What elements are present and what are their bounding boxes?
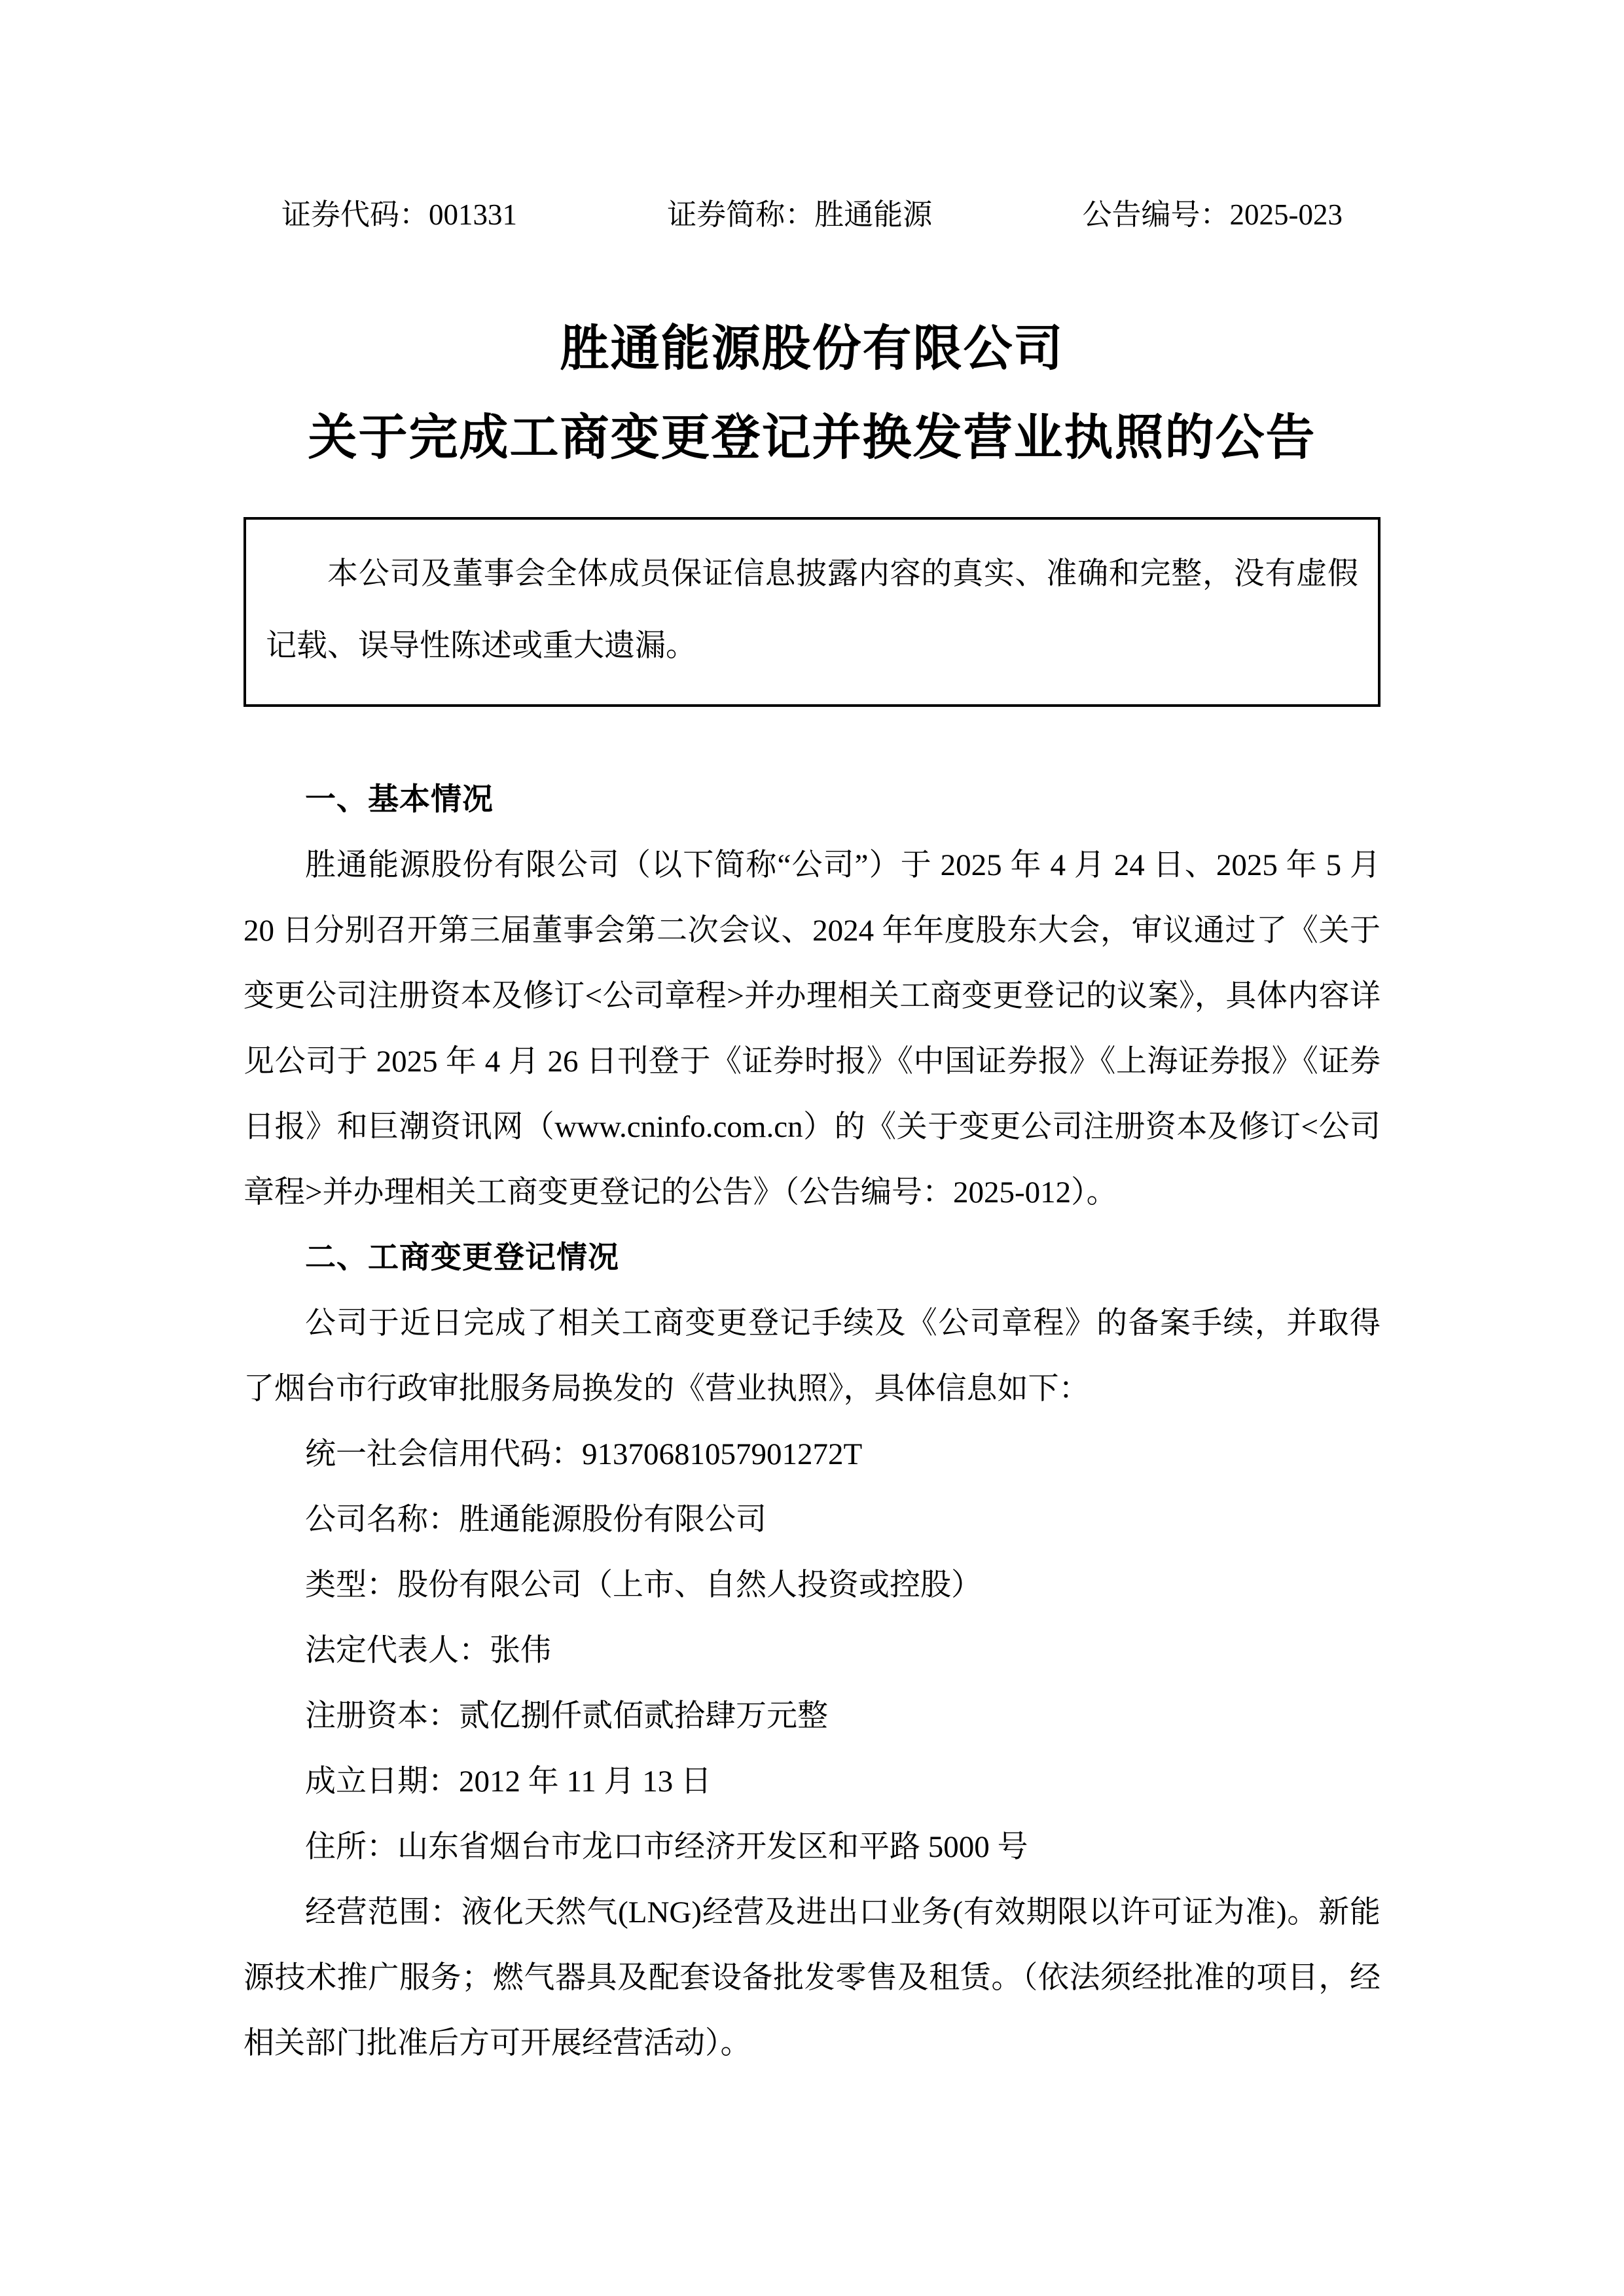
- detail-unified-credit-code: 统一社会信用代码：91370681057901272T: [244, 1422, 1380, 1487]
- detail-establishment-date: 成立日期：2012 年 11 月 13 日: [244, 1749, 1380, 1814]
- announcement-number: 公告编号：2025-023: [1083, 191, 1343, 238]
- section-2-heading: 二、工商变更登记情况: [244, 1225, 1380, 1291]
- section-1-paragraph: 胜通能源股份有限公司（以下简称“公司”）于 2025 年 4 月 24 日、20…: [244, 833, 1380, 1225]
- detail-company-name: 公司名称：胜通能源股份有限公司: [244, 1487, 1380, 1552]
- detail-business-scope: 经营范围：液化天然气(LNG)经营及进出口业务(有效期限以许可证为准)。新能源技…: [244, 1880, 1380, 2076]
- section-2-intro: 公司于近日完成了相关工商变更登记手续及《公司章程》的备案手续，并取得了烟台市行政…: [244, 1291, 1380, 1422]
- company-name-title: 胜通能源股份有限公司: [244, 305, 1380, 394]
- announcement-page: 证券代码：001331 证券简称：胜通能源 公告编号：2025-023 胜通能源…: [0, 0, 1624, 2296]
- announcement-title: 关于完成工商变更登记并换发营业执照的公告: [244, 394, 1380, 483]
- disclaimer-box: 本公司及董事会全体成员保证信息披露内容的真实、准确和完整，没有虚假记载、误导性陈…: [244, 517, 1380, 707]
- detail-address: 住所：山东省烟台市龙口市经济开发区和平路 5000 号: [244, 1814, 1380, 1880]
- stock-short-name: 证券简称：胜通能源: [667, 191, 932, 238]
- detail-legal-representative: 法定代表人：张伟: [244, 1618, 1380, 1683]
- disclaimer-text: 本公司及董事会全体成员保证信息披露内容的真实、准确和完整，没有虚假记载、误导性陈…: [266, 538, 1358, 682]
- title-block: 胜通能源股份有限公司 关于完成工商变更登记并换发营业执照的公告: [244, 305, 1380, 483]
- detail-registered-capital: 注册资本：贰亿捌仟贰佰贰拾肆万元整: [244, 1683, 1380, 1749]
- stock-code: 证券代码：001331: [281, 191, 517, 238]
- document-header: 证券代码：001331 证券简称：胜通能源 公告编号：2025-023: [244, 191, 1380, 238]
- detail-company-type: 类型：股份有限公司（上市、自然人投资或控股）: [244, 1552, 1380, 1618]
- section-1-heading: 一、基本情况: [244, 767, 1380, 833]
